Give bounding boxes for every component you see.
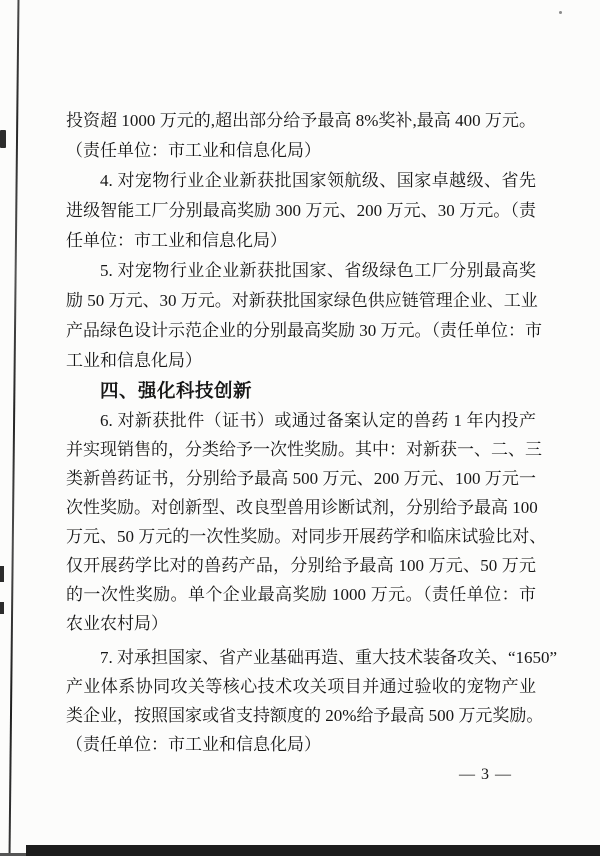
text-line: 进级智能工厂分别最高奖励 300 万元、200 万元、30 万元。（责	[66, 196, 536, 226]
text-line: 产品绿色设计示范企业的分别最高奖励 30 万元。（责任单位：市	[66, 316, 536, 346]
text-line: 6. 对新获批件（证书）或通过备案认定的兽药 1 年内投产	[66, 406, 536, 435]
page-number: — 3 —	[459, 766, 512, 784]
text-line: 励 50 万元、30 万元。对新获批国家绿色供应链管理企业、工业	[66, 286, 536, 316]
text-line: 农业农村局）	[66, 609, 536, 638]
scan-artifact	[0, 566, 4, 582]
scan-artifact	[559, 11, 562, 14]
scan-edge-line	[8, 0, 19, 856]
text-line: 类新兽药证书，分别给予最高 500 万元、200 万元、100 万元一	[66, 464, 536, 493]
text-line: （责任单位：市工业和信息化局）	[66, 730, 536, 759]
text-line: （责任单位：市工业和信息化局）	[66, 136, 536, 166]
text-line: 类企业，按照国家或省支持额度的 20%给予最高 500 万元奖励。	[66, 701, 536, 730]
section-heading: 四、强化科技创新	[66, 376, 536, 406]
scan-bottom-bar	[26, 845, 600, 856]
text-line: 万元、50 万元的一次性奖励。对同步开展药学和临床试验比对、	[66, 522, 536, 551]
text-line: 并实现销售的，分类给予一次性奖励。其中：对新获一、二、三	[66, 435, 536, 464]
text-line: 5. 对宠物行业企业新获批国家、省级绿色工厂分别最高奖	[66, 256, 536, 286]
scan-artifact	[0, 130, 6, 148]
text-line: 的一次性奖励。单个企业最高奖励 1000 万元。（责任单位：市	[66, 580, 536, 609]
text-line: 4. 对宠物行业企业新获批国家领航级、国家卓越级、省先	[66, 166, 536, 196]
text-line: 投资超 1000 万元的,超出部分给予最高 8%奖补,最高 400 万元。	[66, 106, 536, 136]
text-line: 任单位：市工业和信息化局）	[66, 226, 536, 256]
text-line: 工业和信息化局）	[66, 346, 536, 376]
document-page: 投资超 1000 万元的,超出部分给予最高 8%奖补,最高 400 万元。（责任…	[0, 0, 600, 856]
text-line: 7. 对承担国家、省产业基础再造、重大技术装备攻关、“1650”	[66, 643, 536, 672]
text-line: 产业体系协同攻关等核心技术攻关项目并通过验收的宠物产业	[66, 672, 536, 701]
text-line: 次性奖励。对创新型、改良型兽用诊断试剂，分别给予最高 100	[66, 493, 536, 522]
text-line: 仅开展药学比对的兽药产品，分别给予最高 100 万元、50 万元	[66, 551, 536, 580]
text-block: 投资超 1000 万元的,超出部分给予最高 8%奖补,最高 400 万元。（责任…	[66, 106, 536, 759]
scan-artifact	[0, 602, 4, 614]
